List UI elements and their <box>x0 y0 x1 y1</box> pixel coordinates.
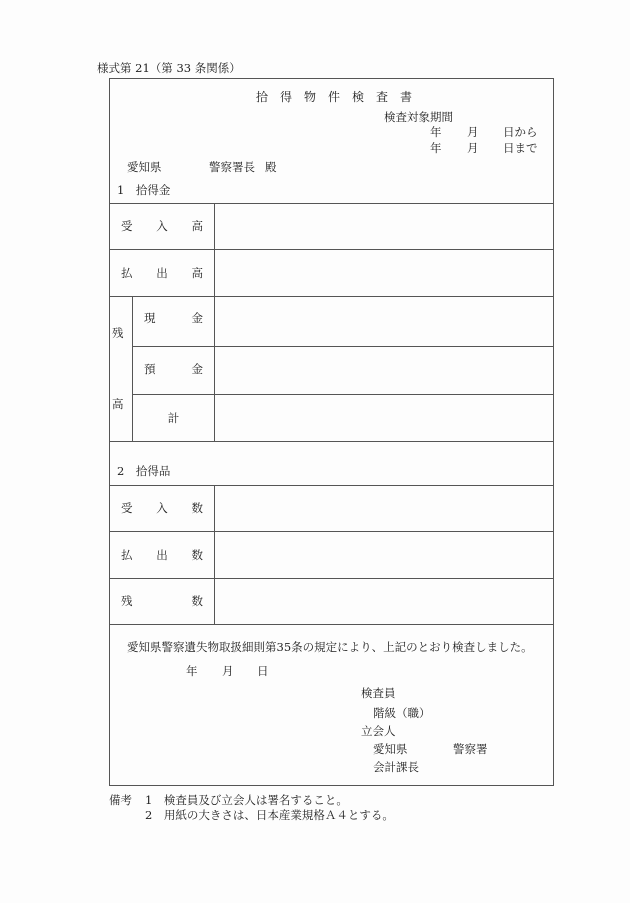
section1-heading: 1 拾得金 <box>117 185 170 197</box>
char: 入 <box>156 500 168 516</box>
addressee-office: 警察署長 <box>209 162 255 174</box>
deposit-field[interactable] <box>215 347 553 394</box>
balance-count-field[interactable] <box>215 579 553 624</box>
char: 金 <box>192 361 204 377</box>
section2-heading: 2 拾得品 <box>117 466 170 478</box>
paid-out-count-field[interactable] <box>215 532 553 578</box>
document-title: 拾得物件検査書 <box>256 91 424 103</box>
char: 入 <box>156 218 168 234</box>
date-month[interactable]: 月 <box>222 666 234 678</box>
date-year[interactable]: 年 <box>186 666 198 678</box>
char: 受 <box>121 500 133 516</box>
period-label: 検査対象期間 <box>384 112 453 124</box>
date-day[interactable]: 日 <box>257 666 269 678</box>
char: 数 <box>192 593 204 609</box>
label-cash: 現 金 <box>144 296 203 346</box>
note-item-1: 1 検査員及び立会人は署名すること。 <box>145 795 348 807</box>
received-amount-field[interactable] <box>215 204 553 249</box>
received-count-field[interactable] <box>215 486 553 531</box>
char: 出 <box>156 547 168 563</box>
period-from-year[interactable]: 年 <box>430 127 442 139</box>
period-to-year[interactable]: 年 <box>430 143 442 155</box>
char: 金 <box>192 310 204 326</box>
period-from-month[interactable]: 月 <box>467 127 479 139</box>
cash-field[interactable] <box>215 297 553 346</box>
period-to-month[interactable]: 月 <box>467 143 479 155</box>
rank-label: 階級（職） <box>373 708 431 720</box>
statement: 愛知県警察遺失物取扱細則第35条の規定により、上記のとおり検査しました。 <box>127 642 533 654</box>
char: 数 <box>192 500 204 516</box>
balance-char-1: 残 <box>112 328 124 340</box>
notes-label: 備考 <box>109 795 132 807</box>
period-from-day[interactable]: 日から <box>503 127 538 139</box>
char: 高 <box>192 218 204 234</box>
label-paid-out-count: 払 出 数 <box>121 531 203 578</box>
label-deposit: 預 金 <box>144 346 203 394</box>
char: 高 <box>192 265 204 281</box>
char: 現 <box>144 310 156 326</box>
char: 数 <box>192 547 204 563</box>
char: 計 <box>168 410 180 426</box>
witness-office: 警察署 <box>453 744 488 756</box>
paid-out-amount-field[interactable] <box>215 250 553 296</box>
note-item-2: 2 用紙の大きさは、日本産業規格Ａ４とする。 <box>145 810 394 822</box>
divider <box>109 441 554 442</box>
total-field[interactable] <box>215 395 553 441</box>
balance-char-2: 高 <box>112 399 124 411</box>
label-balance-count: 残 数 <box>121 578 203 624</box>
label-received-amount: 受 入 高 <box>121 203 203 249</box>
label-received-count: 受 入 数 <box>121 485 203 531</box>
divider <box>109 624 554 625</box>
label-paid-out-amount: 払 出 高 <box>121 249 203 296</box>
char: 残 <box>121 593 133 609</box>
char: 預 <box>144 361 156 377</box>
inspector-label: 検査員 <box>361 688 396 700</box>
char: 出 <box>156 265 168 281</box>
char: 受 <box>121 218 133 234</box>
form-number: 様式第 21（第 33 条関係） <box>97 63 241 75</box>
char: 払 <box>121 547 133 563</box>
witness-title: 会計課長 <box>373 762 419 774</box>
witness-prefecture: 愛知県 <box>373 744 408 756</box>
char: 払 <box>121 265 133 281</box>
period-to-day[interactable]: 日まで <box>503 143 538 155</box>
addressee-prefecture: 愛知県 <box>127 162 162 174</box>
witness-label: 立会人 <box>361 726 396 738</box>
addressee-honorific: 殿 <box>265 162 277 174</box>
label-total: 計 <box>133 394 214 441</box>
